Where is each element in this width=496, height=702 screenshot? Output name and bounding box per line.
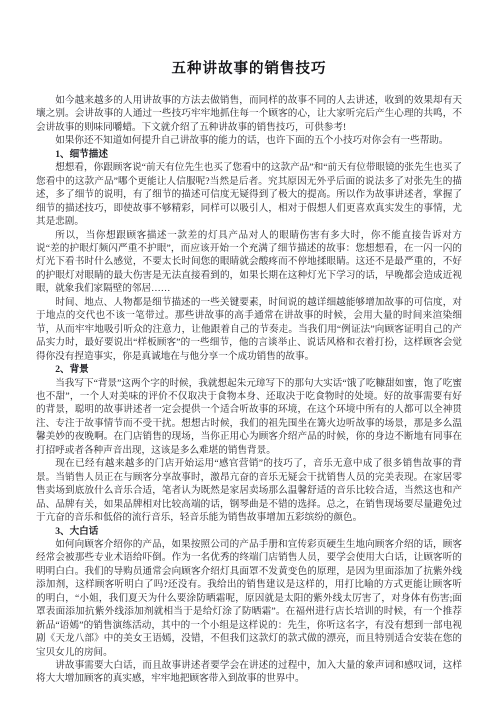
section-2-paragraph-1: 当我写下“背景”这两个字的时候，我就想起朱元璋写下的那句大实话“饿了吃糠甜如蜜，… xyxy=(36,377,462,458)
hint-paragraph: 如果你还不知道如何提升自己讲故事的能力的话，也许下面的五个小技巧对你会有一些帮助… xyxy=(36,134,462,147)
section-1-paragraph-3: 时间、地点、人物都是细节描述的一些关键要素，时间说的越详细越能够增加故事的可信度… xyxy=(36,296,462,363)
section-3-heading: 3、大白话 xyxy=(36,525,462,538)
section-1-paragraph-1: 想想看，你跟顾客说“前天有位先生也买了您看中的这款产品”和“前天有位带眼镜的张先… xyxy=(36,161,462,228)
page-title: 五种讲故事的销售技巧 xyxy=(36,58,462,80)
section-3-paragraph-2: 讲故事需要大白话，而且故事讲述者要学会在讲述的过程中，加入大量的象声词和感叹词，… xyxy=(36,659,462,686)
section-2-paragraph-2: 现在已经有越来越多的门店开始运用“感官营销”的技巧了，音乐无意中成了很多销售故事… xyxy=(36,457,462,524)
section-3-paragraph-1: 如何向顾客介绍你的产品，如果按照公司的产品手册和宣传彩页硬生生地向顾客介绍的话，… xyxy=(36,538,462,659)
document-page: 五种讲故事的销售技巧 如今越来越多的人用讲故事的方法去做销售，而同样的故事不同的… xyxy=(0,0,496,702)
intro-paragraph: 如今越来越多的人用讲故事的方法去做销售，而同样的故事不同的人去讲述，收到的效果却… xyxy=(36,94,462,134)
section-2-heading: 2、背景 xyxy=(36,363,462,376)
section-1-heading: 1、细节描述 xyxy=(36,148,462,161)
section-1-paragraph-2: 所以，当你想跟顾客描述一款差的灯具产品对人的眼睛伤害有多大时，你不能直接告诉对方… xyxy=(36,229,462,296)
